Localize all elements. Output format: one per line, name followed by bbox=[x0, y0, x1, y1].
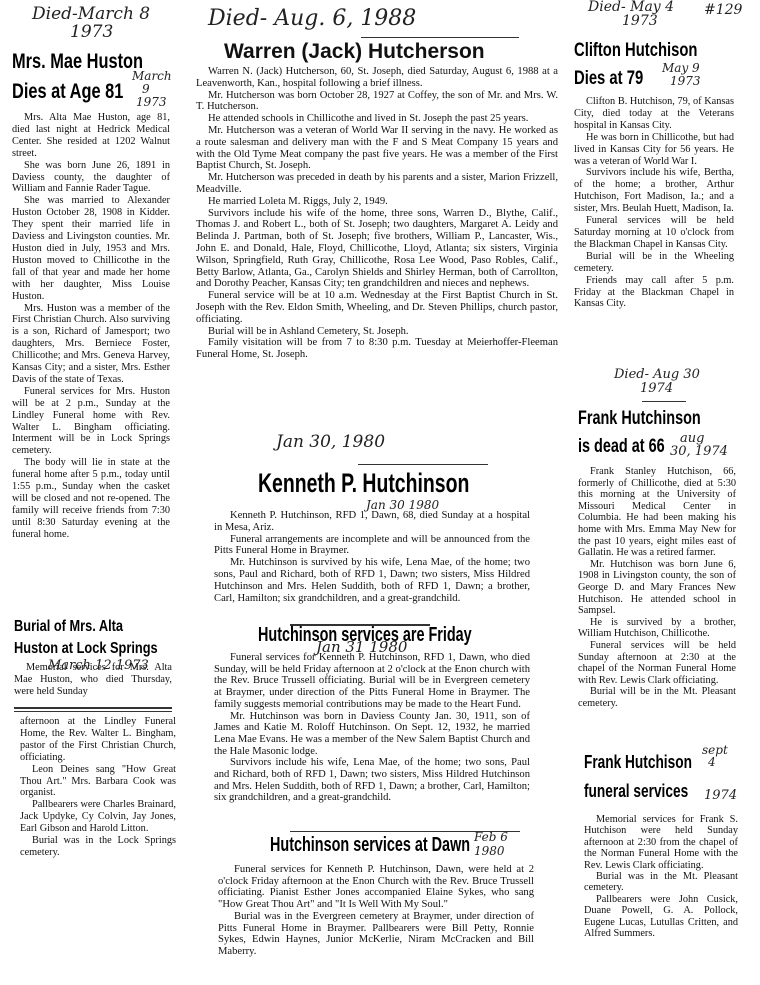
handwritten-date-note: Died- Aug. 6, 1988 bbox=[208, 6, 416, 31]
hand-date: 30, 1974 bbox=[670, 445, 728, 458]
hand-year: 1973 bbox=[132, 96, 172, 109]
clipping-divider bbox=[14, 711, 172, 712]
handwritten-side-note: aug 30, 1974 bbox=[670, 432, 728, 458]
headline: Warren (Jack) Hutcherson bbox=[224, 40, 485, 64]
hand-date: Feb 6 bbox=[474, 830, 508, 844]
headline: Kenneth P. Hutchinson bbox=[258, 468, 552, 499]
paragraph: He attended schools in Chillicothe and l… bbox=[196, 113, 558, 125]
handwritten-file-number: #129 bbox=[704, 2, 742, 18]
paragraph: Burial will be in Ashland Cemetery, St. … bbox=[196, 326, 558, 338]
paragraph: Mr. Hutchison was born June 6, 1908 in L… bbox=[578, 559, 736, 617]
paragraph: Mr. Hutcherson was born October 28, 1927… bbox=[196, 90, 558, 114]
paragraph: Mrs. Huston was a member of the First Ch… bbox=[12, 303, 170, 386]
paragraph: Pallbearers were Charles Brainard, Jack … bbox=[20, 799, 176, 835]
handwritten-date-note: Feb 6 1980 bbox=[474, 830, 508, 858]
paragraph: Clifton B. Hutchison, 79, of Kansas City… bbox=[574, 96, 734, 132]
article-body: Funeral services for Kenneth P. Hutchins… bbox=[218, 864, 534, 958]
headline-line-2: Dies at Age 81 bbox=[12, 80, 145, 104]
paragraph: Funeral services for Kenneth P. Hutchins… bbox=[218, 864, 534, 911]
headline-line-1: Frank Hutchison bbox=[584, 752, 713, 773]
handwritten-date-note: Jan 30, 1980 bbox=[276, 432, 385, 452]
paragraph: afternoon at the Lindley Funeral Home, t… bbox=[20, 716, 176, 764]
paragraph: Mr. Hutchinson is survived by his wife, … bbox=[214, 557, 530, 604]
headline-rule bbox=[361, 37, 519, 38]
headline-rule bbox=[642, 401, 686, 402]
headline-text: Kenneth P. Hutchinson bbox=[258, 468, 469, 499]
article-body: Clifton B. Hutchison, 79, of Kansas City… bbox=[574, 96, 734, 310]
paragraph: Burial was in the Mt. Pleasant cemetery. bbox=[584, 871, 738, 894]
paragraph: Frank Stanley Hutchison, 66, formerly of… bbox=[578, 466, 736, 559]
headline-line-1: Burial of Mrs. Alta bbox=[14, 618, 142, 636]
handwritten-date-note: Died-March 8 bbox=[32, 4, 150, 24]
headline-line-2: funeral services bbox=[584, 781, 713, 802]
paragraph: Family visitation will be from 7 to 8:30… bbox=[196, 337, 558, 361]
paragraph: Burial was in the Evergreen cemetery at … bbox=[218, 911, 534, 958]
handwritten-date-note: Died- Aug 30 1974 bbox=[614, 368, 700, 396]
handwritten-date-note: Died- May 4 1973 bbox=[588, 0, 674, 28]
headline-line-1: Frank Hutchinson bbox=[578, 408, 707, 430]
clipping-alta-burial-continued: afternoon at the Lindley Funeral Home, t… bbox=[20, 716, 176, 859]
paragraph: Pallbearers were John Cusick, Duane Powe… bbox=[584, 894, 738, 940]
paragraph: Funeral services for Mrs. Huston will be… bbox=[12, 386, 170, 457]
handwritten-side-note: March 9 1973 bbox=[132, 70, 172, 109]
handwritten-date-note: sept 4 bbox=[702, 744, 728, 768]
paragraph: Burial was in the Lock Springs cemetery. bbox=[20, 835, 176, 859]
paragraph: Survivors include his wife of the home, … bbox=[196, 208, 558, 291]
headline-line-1: Clifton Hutchison bbox=[574, 40, 707, 62]
paragraph: Leon Deines sang "How Great Thou Art." M… bbox=[20, 764, 176, 800]
paragraph: Mrs. Alta Mae Huston, age 81, died last … bbox=[12, 112, 170, 160]
headline-text: Hutchinson services at Dawn bbox=[270, 834, 470, 857]
handwritten-year-note: 1973 bbox=[70, 22, 113, 42]
paragraph: Funeral services will be held Sunday aft… bbox=[578, 640, 736, 686]
paragraph: Mr. Hutcherson was a veteran of World Wa… bbox=[196, 125, 558, 172]
handwritten-date-note: March 12 1973 bbox=[48, 658, 149, 673]
paragraph: Friends may call after 5 p.m. Friday at … bbox=[574, 275, 734, 311]
paragraph: Kenneth P. Hutchinson, RFD 1, Dawn, 68, … bbox=[214, 510, 530, 534]
paragraph: Funeral arrangements are incomplete and … bbox=[214, 534, 530, 558]
hand-year: 1980 bbox=[474, 844, 508, 858]
clipping-divider bbox=[14, 707, 172, 709]
paragraph: She was married to Alexander Huston Octo… bbox=[12, 195, 170, 302]
paragraph: Burial will be in the Mt. Pleasant cemet… bbox=[578, 686, 736, 709]
hand-date: Died- Aug 30 bbox=[614, 368, 700, 382]
paragraph: Mr. Hutchinson was born in Daviess Count… bbox=[214, 711, 530, 758]
paragraph: He was born in Chillicothe, but had live… bbox=[574, 132, 734, 168]
hand-month: March bbox=[132, 70, 172, 83]
paragraph: He is survived by a brother, William Hut… bbox=[578, 617, 736, 640]
hand-day: 4 bbox=[702, 756, 728, 768]
article-body: Memorial services for Frank S. Hutchison… bbox=[584, 814, 738, 939]
handwritten-side-note: May 9 1973 bbox=[662, 62, 701, 88]
article-body: Funeral services for Kenneth P. Hutchins… bbox=[214, 652, 530, 804]
headline-line-1: Mrs. Mae Huston bbox=[12, 50, 145, 74]
article-body: Warren N. (Jack) Hutcherson, 60, St. Jos… bbox=[196, 66, 558, 361]
paragraph: Funeral service will be at 10 a.m. Wedne… bbox=[196, 290, 558, 325]
article-body: Mrs. Alta Mae Huston, age 81, died last … bbox=[12, 112, 170, 541]
paragraph: Survivors include his wife, Bertha, of t… bbox=[574, 167, 734, 215]
article-body: Frank Stanley Hutchison, 66, formerly of… bbox=[578, 466, 736, 709]
paragraph: He married Loleta M. Riggs, July 2, 1949… bbox=[196, 196, 558, 208]
paragraph: Mr. Hutcherson was preceded in death by … bbox=[196, 172, 558, 196]
hand-date: Died- May 4 bbox=[588, 0, 674, 14]
paragraph: Funeral services for Kenneth P. Hutchins… bbox=[214, 652, 530, 711]
clipping-alta-burial: Burial of Mrs. Alta Huston at Lock Sprin… bbox=[14, 618, 174, 698]
handwritten-year-note: 1974 bbox=[704, 788, 737, 803]
headline-rule bbox=[358, 464, 488, 465]
paragraph: The body will lie in state at the funera… bbox=[12, 457, 170, 540]
paragraph: Warren N. (Jack) Hutcherson, 60, St. Jos… bbox=[196, 66, 558, 90]
paragraph: Memorial services for Frank S. Hutchison… bbox=[584, 814, 738, 871]
paragraph: She was born June 26, 1891 in Daviess co… bbox=[12, 160, 170, 196]
paragraph: Burial will be in the Wheeling cemetery. bbox=[574, 251, 734, 275]
hand-year: 1973 bbox=[588, 14, 674, 28]
paragraph: Survivors include his wife, Lena Mae, of… bbox=[214, 757, 530, 804]
headline-line-2: Huston at Lock Springs bbox=[14, 640, 142, 658]
article-body: Kenneth P. Hutchinson, RFD 1, Dawn, 68, … bbox=[214, 510, 530, 604]
paragraph: Funeral services will be held Saturday m… bbox=[574, 215, 734, 251]
hand-year: 1973 bbox=[662, 75, 701, 88]
hand-year: 1974 bbox=[614, 382, 700, 396]
